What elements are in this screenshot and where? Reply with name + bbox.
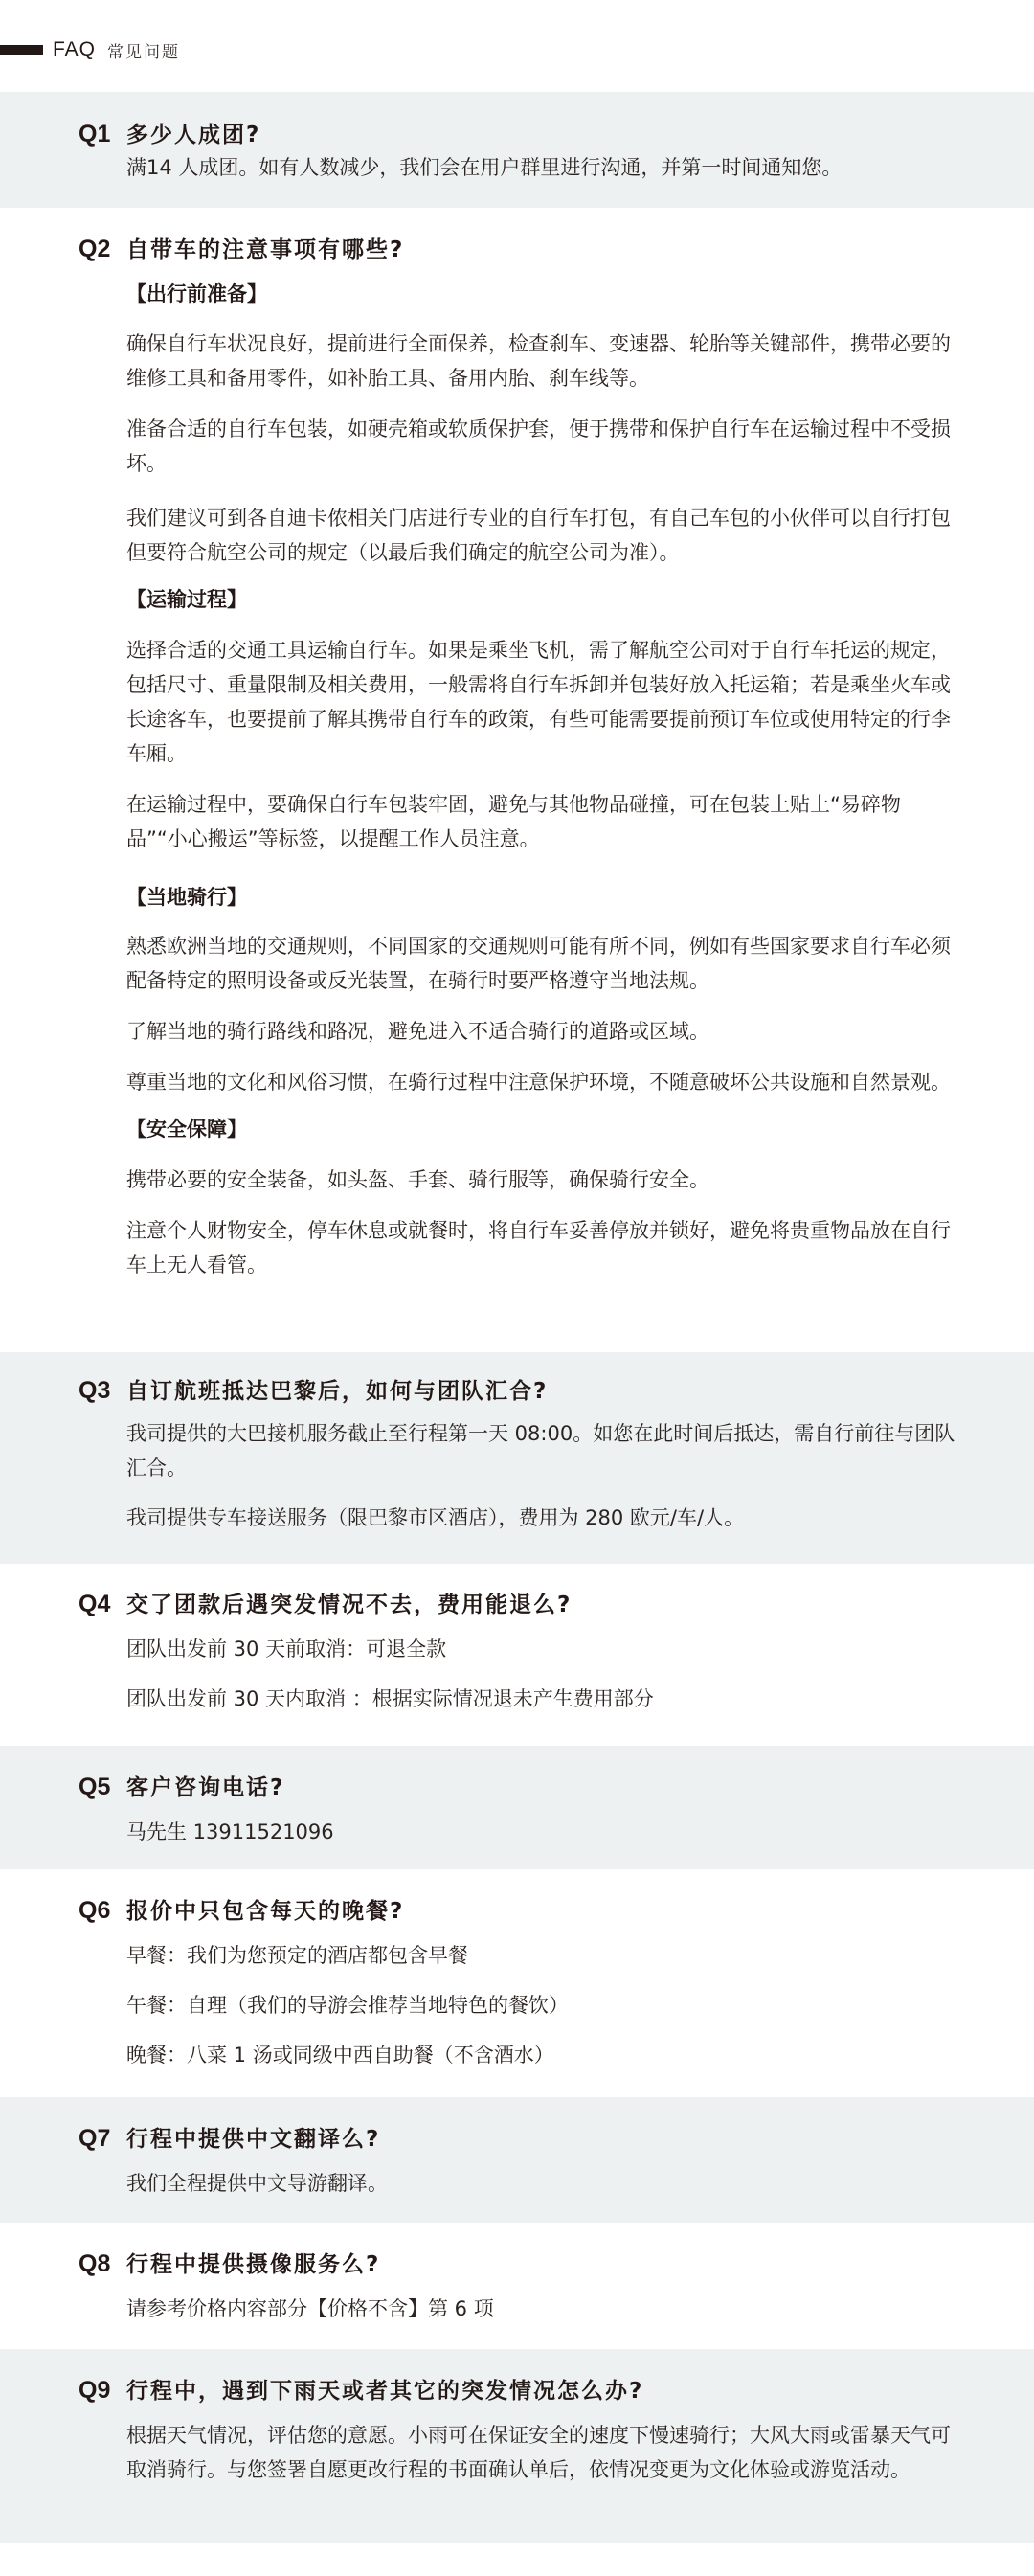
answer-paragraph: 我司提供的大巴接机服务截止至行程第一天 08:00。如您在此时间后抵达，需自行前… (126, 1416, 955, 1485)
subsection-heading: 【出行前准备】 (126, 277, 955, 311)
question-number: Q4 (79, 1591, 126, 1618)
question-title: 行程中提供中文翻译么? (126, 2121, 380, 2153)
question-row: Q7 行程中提供中文翻译么? (79, 2121, 957, 2153)
answer-paragraph: 我司提供专车接送服务（限巴黎市区酒店），费用为 280 欧元/车/人。 (126, 1501, 955, 1535)
faq-item-q2: Q2 自带车的注意事项有哪些? 【出行前准备】 确保自行车状况良好，提前进行全面… (0, 208, 1034, 1352)
question-row: Q8 行程中提供摄像服务么? (79, 2247, 957, 2278)
answer-paragraph: 选择合适的交通工具运输自行车。如果是乘坐飞机，需了解航空公司对于自行车托运的规定… (126, 633, 955, 771)
answer-paragraph: 午餐：自理（我们的导游会推荐当地特色的餐饮） (126, 1988, 955, 2022)
answer: 【出行前准备】 确保自行车状况良好，提前进行全面保养，检查刹车、变速器、轮胎等关… (126, 277, 955, 1282)
answer: 团队出发前 30 天前取消：可退全款 团队出发前 30 天内取消 ：根据实际情况… (126, 1632, 955, 1716)
answer-paragraph: 早餐：我们为您预定的酒店都包含早餐 (126, 1938, 955, 1973)
answer-paragraph: 确保自行车状况良好，提前进行全面保养，检查刹车、变速器、轮胎等关键部件，携带必要… (126, 327, 955, 395)
answer-paragraph: 我们建议可到各自迪卡侬相关门店进行专业的自行车打包，有自己车包的小伙伴可以自行打… (126, 501, 955, 570)
question-number: Q6 (79, 1897, 126, 1925)
faq-item-q1: Q1 多少人成团? 满14 人成团。如有人数减少，我们会在用户群里进行沟通，并第… (0, 92, 1034, 208)
contact-phone: 马先生 13911521096 (126, 1815, 955, 1849)
faq-item-q4: Q4 交了团款后遇突发情况不去，费用能退么? 团队出发前 30 天前取消：可退全… (0, 1564, 1034, 1746)
answer-paragraph: 请参考价格内容部分【价格不含】第 6 项 (126, 2292, 955, 2326)
faq-item-q3: Q3 自订航班抵达巴黎后，如何与团队汇合? 我司提供的大巴接机服务截止至行程第一… (0, 1352, 1034, 1564)
question-title: 行程中提供摄像服务么? (126, 2247, 380, 2278)
question-title: 交了团款后遇突发情况不去，费用能退么? (126, 1587, 572, 1618)
question-row: Q3 自订航班抵达巴黎后，如何与团队汇合? (79, 1373, 957, 1405)
answer: 满14 人成团。如有人数减少，我们会在用户群里进行沟通，并第一时间通知您。 (126, 150, 955, 185)
question-row: Q9 行程中，遇到下雨天或者其它的突发情况怎么办? (79, 2373, 957, 2405)
answer-paragraph: 我们全程提供中文导游翻译。 (126, 2166, 955, 2201)
answer-paragraph: 团队出发前 30 天内取消 ：根据实际情况退未产生费用部分 (126, 1682, 955, 1716)
question-row: Q4 交了团款后遇突发情况不去，费用能退么? (79, 1587, 957, 1618)
question-number: Q8 (79, 2250, 126, 2278)
heading-bar (0, 45, 43, 55)
question-row: Q5 客户咨询电话? (79, 1770, 957, 1801)
answer-paragraph: 携带必要的安全装备，如头盔、手套、骑行服等，确保骑行安全。 (126, 1163, 955, 1197)
answer: 根据天气情况，评估您的意愿。小雨可在保证安全的速度下慢速骑行；大风大雨或雷暴天气… (126, 2418, 955, 2487)
question-row: Q2 自带车的注意事项有哪些? (79, 232, 957, 263)
answer-paragraph: 根据天气情况，评估您的意愿。小雨可在保证安全的速度下慢速骑行；大风大雨或雷暴天气… (126, 2418, 955, 2487)
faq-item-q5: Q5 客户咨询电话? 马先生 13911521096 (0, 1746, 1034, 1869)
answer: 我司提供的大巴接机服务截止至行程第一天 08:00。如您在此时间后抵达，需自行前… (126, 1416, 955, 1535)
question-number: Q7 (79, 2125, 126, 2153)
answer: 我们全程提供中文导游翻译。 (126, 2166, 955, 2201)
answer-paragraph: 团队出发前 30 天前取消：可退全款 (126, 1632, 955, 1666)
question-title: 客户咨询电话? (126, 1770, 284, 1801)
answer-paragraph: 准备合适的自行车包装，如硬壳箱或软质保护套，便于携带和保护自行车在运输过程中不受… (126, 412, 955, 481)
question-row: Q6 报价中只包含每天的晚餐? (79, 1893, 957, 1925)
question-title: 行程中，遇到下雨天或者其它的突发情况怎么办? (126, 2373, 643, 2405)
faq-item-q8: Q8 行程中提供摄像服务么? 请参考价格内容部分【价格不含】第 6 项 (0, 2223, 1034, 2349)
question-row: Q1 多少人成团? (79, 117, 957, 148)
subsection-heading: 【当地骑行】 (126, 880, 955, 915)
answer: 马先生 13911521096 (126, 1815, 955, 1849)
answer-paragraph: 在运输过程中，要确保自行车包装牢固，避免与其他物品碰撞，可在包装上贴上“易碎物品… (126, 787, 955, 856)
question-title: 多少人成团? (126, 117, 260, 148)
answer-paragraph: 晚餐：八菜 1 汤或同级中西自助餐（不含酒水） (126, 2038, 955, 2072)
heading-en: FAQ (53, 38, 96, 61)
question-number: Q2 (79, 236, 126, 263)
subsection-heading: 【安全保障】 (126, 1112, 955, 1146)
question-number: Q9 (79, 2377, 126, 2405)
answer-paragraph: 注意个人财物安全，停车休息或就餐时，将自行车妥善停放并锁好，避免将贵重物品放在自… (126, 1213, 955, 1282)
faq-item-q9: Q9 行程中，遇到下雨天或者其它的突发情况怎么办? 根据天气情况，评估您的意愿。… (0, 2349, 1034, 2543)
subsection-heading: 【运输过程】 (126, 582, 955, 617)
faq-item-q7: Q7 行程中提供中文翻译么? 我们全程提供中文导游翻译。 (0, 2097, 1034, 2223)
section-heading: FAQ 常见问题 (0, 36, 180, 63)
question-number: Q5 (79, 1774, 126, 1801)
answer-paragraph: 熟悉欧洲当地的交通规则，不同国家的交通规则可能有所不同，例如有些国家要求自行车必… (126, 929, 955, 998)
question-number: Q1 (79, 121, 126, 148)
question-title: 自带车的注意事项有哪些? (126, 232, 404, 263)
answer-paragraph: 满14 人成团。如有人数减少，我们会在用户群里进行沟通，并第一时间通知您。 (126, 150, 955, 185)
faq-item-q6: Q6 报价中只包含每天的晚餐? 早餐：我们为您预定的酒店都包含早餐 午餐：自理（… (0, 1869, 1034, 2097)
question-number: Q3 (79, 1377, 126, 1405)
question-title: 自订航班抵达巴黎后，如何与团队汇合? (126, 1373, 548, 1405)
question-title: 报价中只包含每天的晚餐? (126, 1893, 404, 1925)
faq-page: FAQ 常见问题 Q1 多少人成团? 满14 人成团。如有人数减少，我们会在用户… (0, 0, 1034, 2576)
answer: 早餐：我们为您预定的酒店都包含早餐 午餐：自理（我们的导游会推荐当地特色的餐饮）… (126, 1938, 955, 2072)
answer-paragraph: 了解当地的骑行路线和路况，避免进入不适合骑行的道路或区域。 (126, 1014, 955, 1049)
answer: 请参考价格内容部分【价格不含】第 6 项 (126, 2292, 955, 2326)
heading-zh: 常见问题 (107, 38, 180, 62)
answer-paragraph: 尊重当地的文化和风俗习惯，在骑行过程中注意保护环境，不随意破坏公共设施和自然景观… (126, 1065, 955, 1099)
